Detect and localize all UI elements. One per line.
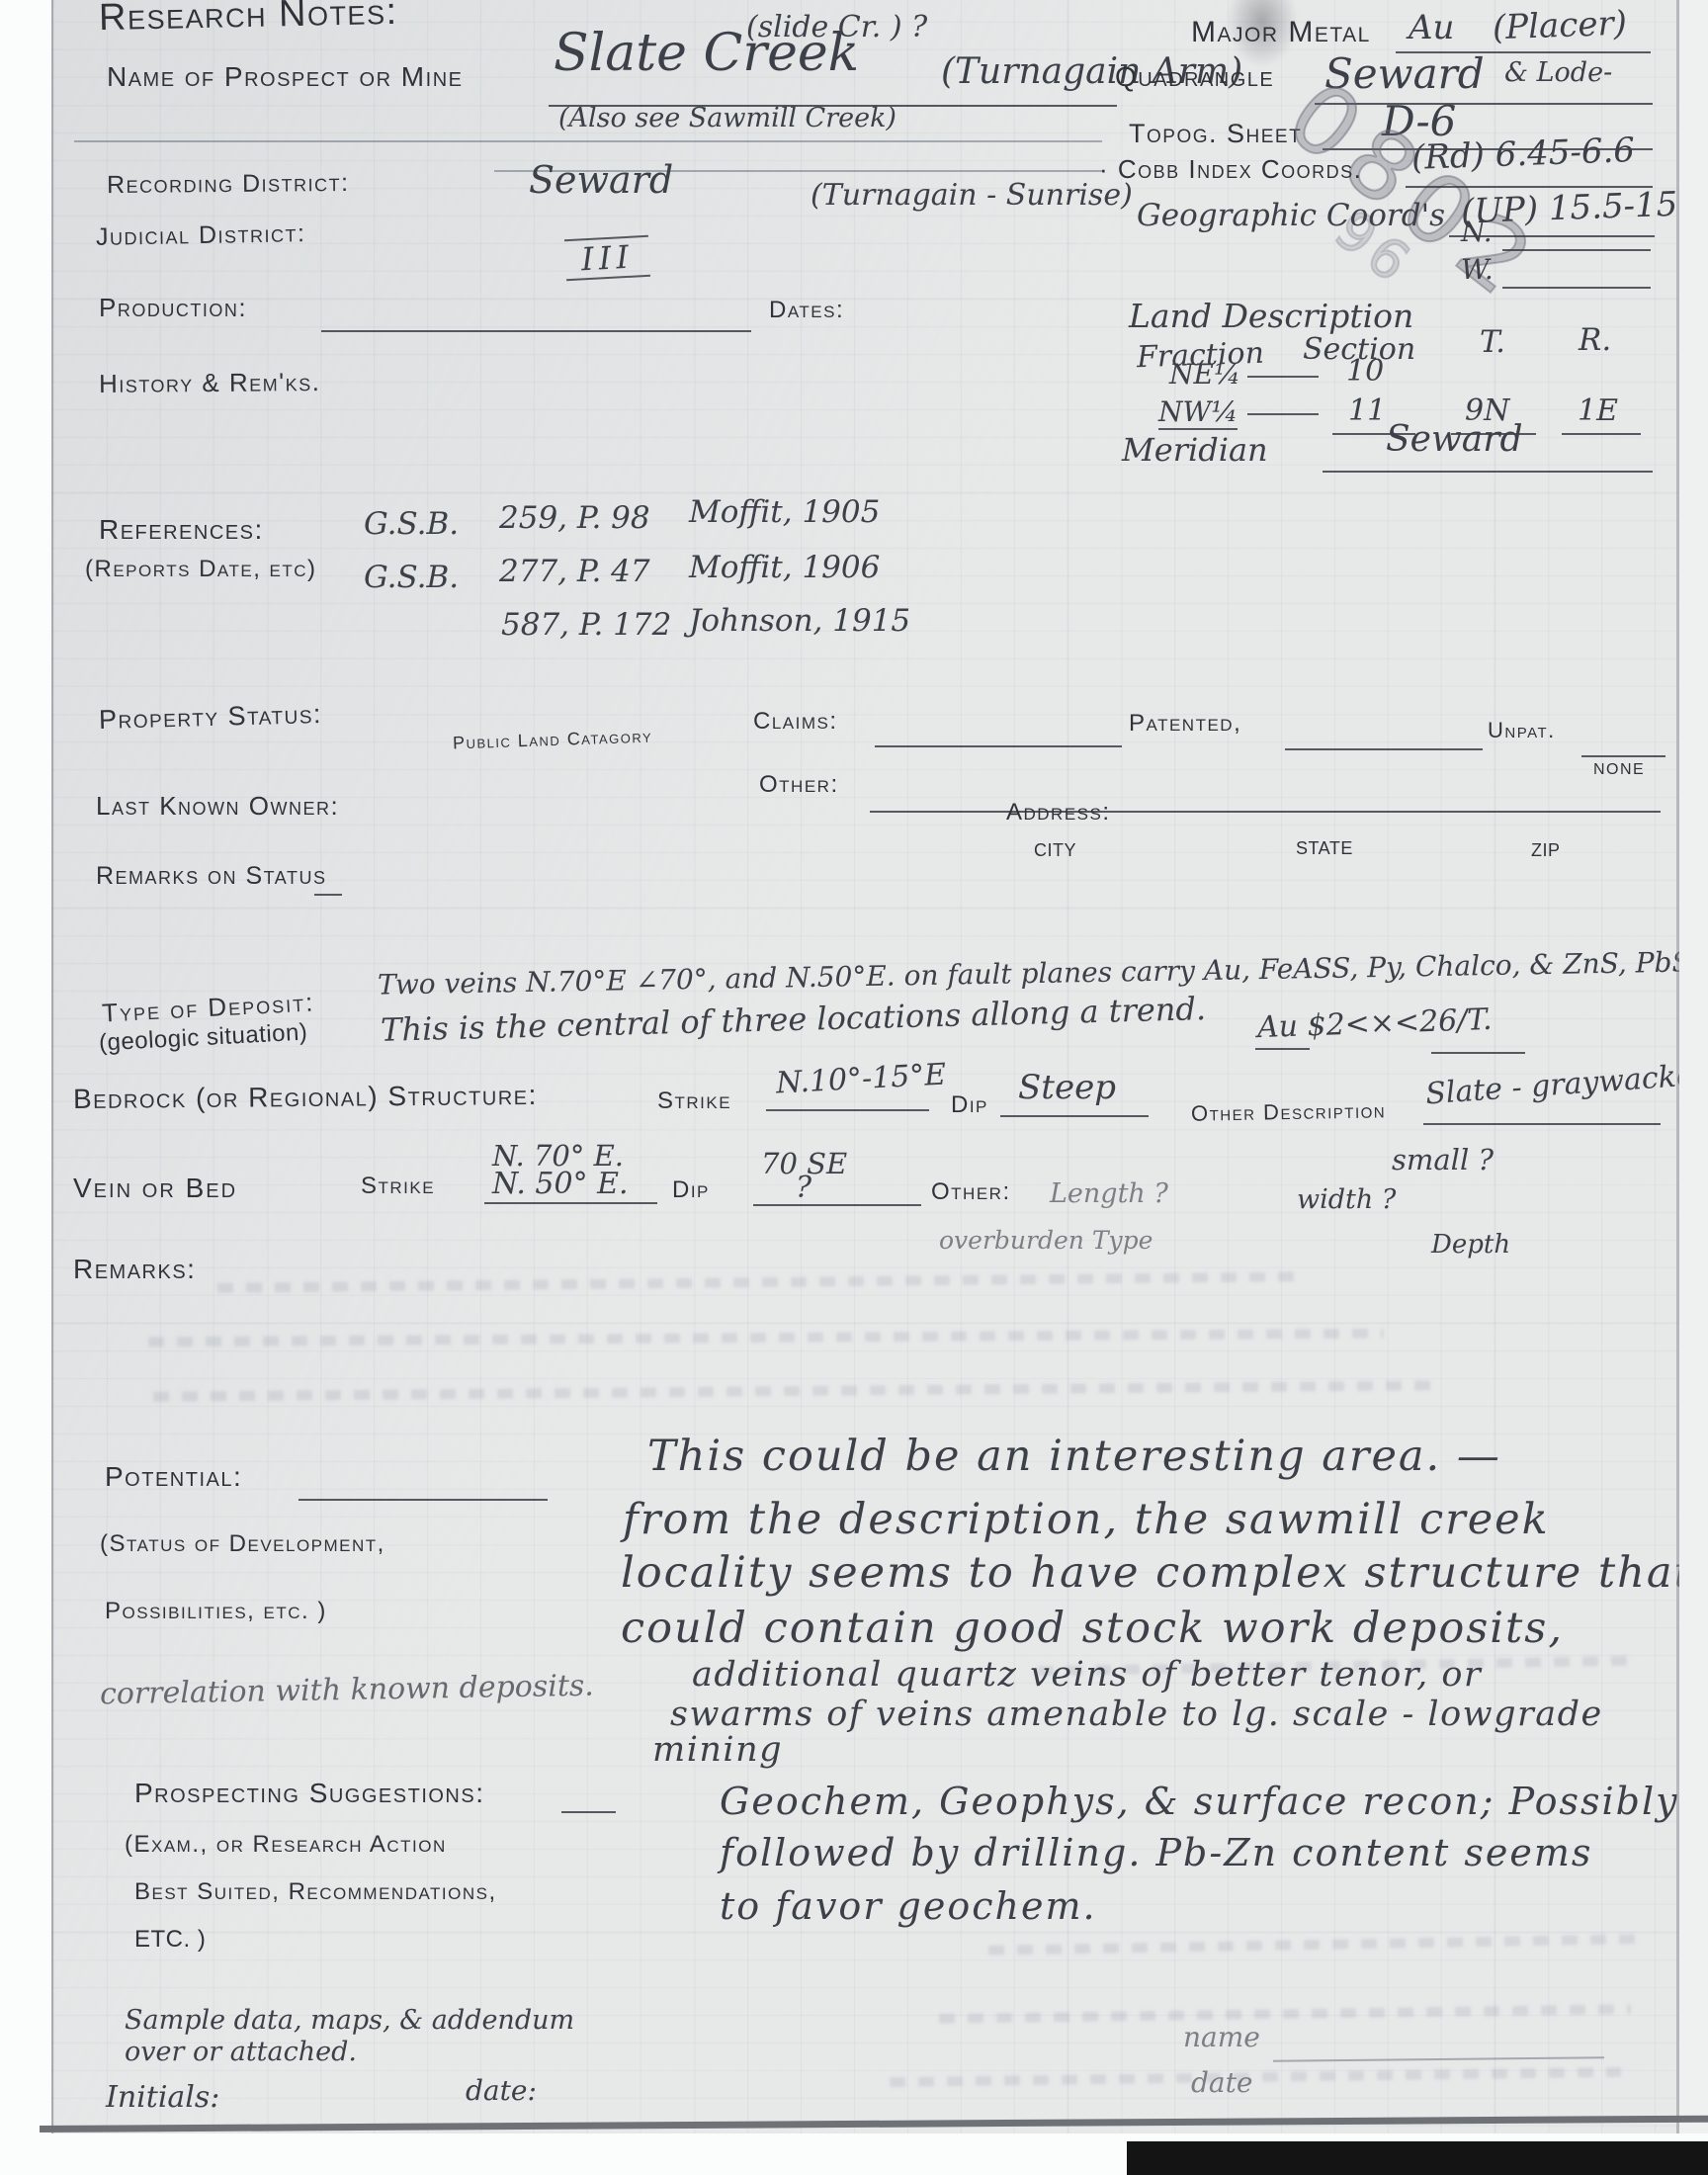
claims-line xyxy=(875,745,1122,747)
land-col-township: T. xyxy=(1480,324,1505,360)
meridian-value: Seward xyxy=(1386,419,1523,460)
reference-author: Johnson, 1915 xyxy=(689,603,910,639)
recording-district-label: Recording District: xyxy=(107,169,350,200)
dates-label: Dates: xyxy=(769,297,844,324)
land-col-range: R. xyxy=(1579,322,1611,358)
quadrangle-label: Quadrangle xyxy=(1115,61,1274,93)
prospect-name-label: Name of Prospect or Mine xyxy=(107,61,463,93)
vein-strike-value: N. 50° E. xyxy=(492,1167,629,1201)
bedrock-strike-line xyxy=(766,1109,929,1111)
range-underline xyxy=(1562,433,1641,435)
vein-dip-value: ? xyxy=(796,1171,811,1205)
prospecting-note-line: to favor geochem. xyxy=(720,1884,1097,1928)
potential-label: Potential: xyxy=(105,1461,242,1493)
bedrock-structure-label: Bedrock (or Regional) Structure: xyxy=(73,1080,538,1115)
production-label: Production: xyxy=(99,293,247,323)
page-right-edge xyxy=(1676,0,1679,2133)
potential-note-line: This could be an interesting area. — xyxy=(647,1432,1501,1481)
major-metal-value: Au xyxy=(1409,8,1454,47)
prospect-name-value: Slate Creek xyxy=(554,24,859,83)
vein-other-label: Other: xyxy=(931,1178,1011,1206)
reference-citation: 259, P. 98 xyxy=(499,500,650,536)
sample-data-note-line2: over or attached. xyxy=(125,2037,357,2067)
land-row-dash xyxy=(1247,413,1319,415)
reference-source: G.S.B. xyxy=(364,560,459,595)
meridian-label: Meridian xyxy=(1122,431,1268,469)
vein-length-value: Length ? xyxy=(1050,1178,1168,1209)
judicial-district-label: Judicial District: xyxy=(96,219,306,252)
recording-district-value: Seward xyxy=(529,158,673,202)
unpatented-label: Unpat. xyxy=(1488,718,1556,743)
name-field-label: name xyxy=(1183,2021,1260,2053)
potential-note-line: swarms of veins amenable to lg. scale - … xyxy=(670,1695,1603,1734)
overburden-depth-label: Depth xyxy=(1431,1230,1510,1260)
reference-citation: 277, P. 47 xyxy=(499,554,650,589)
patented-label: Patented, xyxy=(1129,710,1241,738)
none-label: NONE xyxy=(1593,761,1645,779)
land-row-fraction: NE¼ xyxy=(1169,358,1240,391)
reference-author: Moffit, 1905 xyxy=(689,494,880,530)
potential-note-line: from the description, the sawmill creek xyxy=(623,1495,1550,1544)
potential-note-line: mining xyxy=(652,1730,783,1770)
bedrock-other-line xyxy=(1423,1123,1661,1125)
major-metal-label: Major Metal xyxy=(1191,16,1371,49)
potential-sublabel-2: Possibilities, etc. ) xyxy=(105,1598,327,1625)
judicial-district-value: III xyxy=(564,235,650,281)
vein-dip-label: Dip xyxy=(672,1176,710,1204)
potential-note-line: locality seems to have complex structure… xyxy=(621,1548,1693,1598)
vein-strike-line xyxy=(484,1202,657,1204)
reference-source: G.S.B. xyxy=(364,506,459,542)
property-status-label: Property Status: xyxy=(99,699,323,736)
initials-date-label: date: xyxy=(466,2074,537,2107)
claims-label: Claims: xyxy=(753,708,838,736)
prospecting-note-line: followed by drilling. Pb-Zn content seem… xyxy=(720,1831,1592,1874)
address-label: Address: xyxy=(1006,799,1111,826)
scan-black-bar xyxy=(1127,2141,1708,2175)
form-title: Research Notes: xyxy=(99,0,398,40)
unpatented-line xyxy=(1581,755,1665,757)
reference-citation: 587, P. 172 xyxy=(501,607,671,643)
prospecting-sublabel-1: (Exam., or Research Action xyxy=(125,1831,447,1859)
major-metal-lode: & Lode- xyxy=(1504,57,1612,88)
other-claims-label: Other: xyxy=(759,771,839,799)
bedrock-dip-value: Steep xyxy=(1018,1068,1116,1107)
prospecting-note-line: Geochem, Geophys, & surface recon; Possi… xyxy=(720,1780,1679,1823)
cobb-rd-value: (Rd) 6.45-6.6 xyxy=(1410,130,1635,178)
production-line xyxy=(321,330,751,332)
potential-note-line: additional quartz veins of better tenor,… xyxy=(692,1655,1482,1695)
last-known-owner-label: Last Known Owner: xyxy=(96,791,339,822)
page-right-margin xyxy=(1679,0,1708,2133)
references-sublabel: (Reports Date, etc) xyxy=(85,556,317,583)
potential-note-line: could contain good stock work deposits, xyxy=(621,1604,1564,1653)
meridian-underline xyxy=(1323,471,1653,473)
reference-author: Moffit, 1906 xyxy=(689,550,880,585)
city-label: CITY xyxy=(1034,840,1076,861)
assay-underline xyxy=(1255,1048,1310,1050)
also-see-note: (Also see Sawmill Creek) xyxy=(558,103,897,133)
vein-strike-label: Strike xyxy=(361,1173,435,1200)
geo-north-line xyxy=(1502,249,1651,251)
vein-or-bed-label: Vein or Bed xyxy=(73,1173,237,1204)
geo-north-label: N. xyxy=(1461,216,1493,248)
other-claims-line xyxy=(870,811,1661,813)
initials-label: Initials: xyxy=(106,2080,219,2115)
land-row-section: 11 xyxy=(1348,393,1386,428)
bedrock-dip-label: Dip xyxy=(951,1091,988,1119)
prospecting-sublabel-2: Best Suited, Recommendations, xyxy=(134,1878,497,1906)
geo-west-line xyxy=(1502,287,1651,289)
land-row-dash xyxy=(1247,376,1319,378)
patented-line xyxy=(1285,748,1483,750)
history-remarks-label: History & Rem'ks. xyxy=(99,367,321,399)
potential-line xyxy=(299,1499,548,1501)
cobb-index-label: · Cobb Index Coords. xyxy=(1099,154,1362,185)
zip-label: ZIP xyxy=(1531,840,1561,861)
references-label: References: xyxy=(99,514,264,546)
assay-underline xyxy=(1431,1052,1525,1054)
potential-sublabel-1: (Status of Development, xyxy=(100,1530,385,1558)
vein-width-value: width ? xyxy=(1297,1184,1396,1215)
land-row-fraction: NW¼ xyxy=(1158,395,1238,430)
recording-district-paren: (Turnagain - Sunrise) xyxy=(811,178,1133,213)
bedrock-strike-label: Strike xyxy=(657,1087,731,1115)
overburden-type-label: overburden Type xyxy=(939,1226,1153,1255)
bedrock-dip-line xyxy=(1000,1115,1149,1117)
major-metal-placer: (Placer) xyxy=(1492,4,1627,48)
land-row-range: 1E xyxy=(1578,393,1618,428)
blank-form-line xyxy=(74,140,1102,142)
remarks-on-status-dash xyxy=(314,894,342,896)
geographic-coords-label: Geographic Coord's xyxy=(1137,198,1445,233)
bedrock-other-label: Other Description xyxy=(1191,1097,1387,1126)
sample-data-note-line1: Sample data, maps, & addendum xyxy=(125,2005,574,2036)
vein-small-note: small ? xyxy=(1392,1143,1494,1176)
prospecting-sublabel-3: ETC. ) xyxy=(134,1926,206,1954)
land-description-title: Land Description xyxy=(1129,297,1413,335)
remarks-on-status-label: Remarks on Status xyxy=(96,862,326,891)
prospecting-suggestions-label: Prospecting Suggestions: xyxy=(134,1778,485,1809)
geo-west-label: W. xyxy=(1461,253,1494,286)
land-row-section: 10 xyxy=(1346,354,1384,389)
prospecting-dash xyxy=(561,1811,616,1813)
vein-dip-line xyxy=(753,1204,921,1206)
state-label: STATE xyxy=(1296,838,1353,859)
remarks-label: Remarks: xyxy=(73,1254,196,1285)
date-field-label: date xyxy=(1191,2066,1252,2099)
